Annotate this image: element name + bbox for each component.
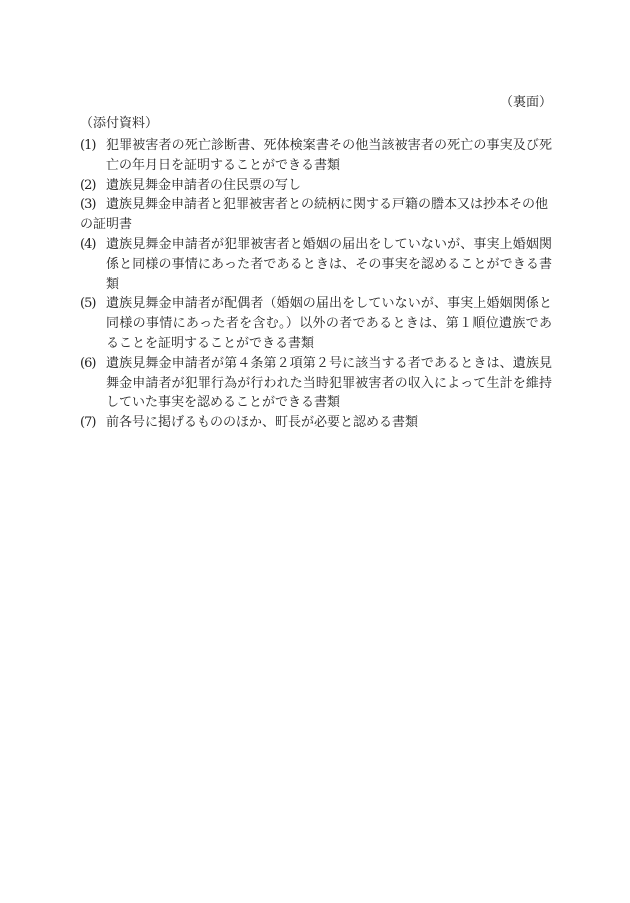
attachments-heading: （添付資料） xyxy=(80,115,158,133)
item-text: 遺族見舞金申請者が第４条第２項第２号に該当する者であるときは、遺族見舞金申請者が… xyxy=(106,354,552,413)
document-page: （裏面） （添付資料） (1) 犯罪被害者の死亡診断書、死体検案書その他当該被害… xyxy=(0,0,630,903)
list-item: (6) 遺族見舞金申請者が第４条第２項第２号に該当する者であるときは、遺族見舞金… xyxy=(80,354,552,413)
item-number: (7) xyxy=(80,413,106,433)
item-text: 遺族見舞金申請者が犯罪被害者と婚姻の届出をしていないが、事実上婚姻関係と同様の事… xyxy=(106,235,552,294)
attachment-list: (1) 犯罪被害者の死亡診断書、死体検案書その他当該被害者の死亡の事実及び死亡の… xyxy=(80,136,552,433)
back-side-label: （裏面） xyxy=(500,94,552,112)
item-number: (2) xyxy=(80,176,106,196)
list-item: (2) 遺族見舞金申請者の住民票の写し xyxy=(80,176,552,196)
item-number: (5) xyxy=(80,294,106,353)
item-number: (3) xyxy=(80,195,106,215)
item-text: 遺族見舞金申請者が配偶者（婚姻の届出をしていないが、事実上婚姻関係と同様の事情に… xyxy=(106,294,552,353)
item-number: (1) xyxy=(80,136,106,176)
list-item: (3)遺族見舞金申請者と犯罪被害者との続柄に関する戸籍の謄本又は抄本その他の証明… xyxy=(80,195,552,235)
list-item: (7) 前各号に掲げるもののほか、町長が必要と認める書類 xyxy=(80,413,552,433)
item-text: 遺族見舞金申請者と犯罪被害者との続柄に関する戸籍の謄本又は抄本その他の証明書 xyxy=(80,197,548,232)
list-item: (5) 遺族見舞金申請者が配偶者（婚姻の届出をしていないが、事実上婚姻関係と同様… xyxy=(80,294,552,353)
item-text: 犯罪被害者の死亡診断書、死体検案書その他当該被害者の死亡の事実及び死亡の年月日を… xyxy=(106,136,552,176)
item-text: 遺族見舞金申請者の住民票の写し xyxy=(106,176,552,196)
item-number: (6) xyxy=(80,354,106,413)
list-item: (4) 遺族見舞金申請者が犯罪被害者と婚姻の届出をしていないが、事実上婚姻関係と… xyxy=(80,235,552,294)
list-item: (1) 犯罪被害者の死亡診断書、死体検案書その他当該被害者の死亡の事実及び死亡の… xyxy=(80,136,552,176)
item-number: (4) xyxy=(80,235,106,294)
item-text: 前各号に掲げるもののほか、町長が必要と認める書類 xyxy=(106,413,552,433)
